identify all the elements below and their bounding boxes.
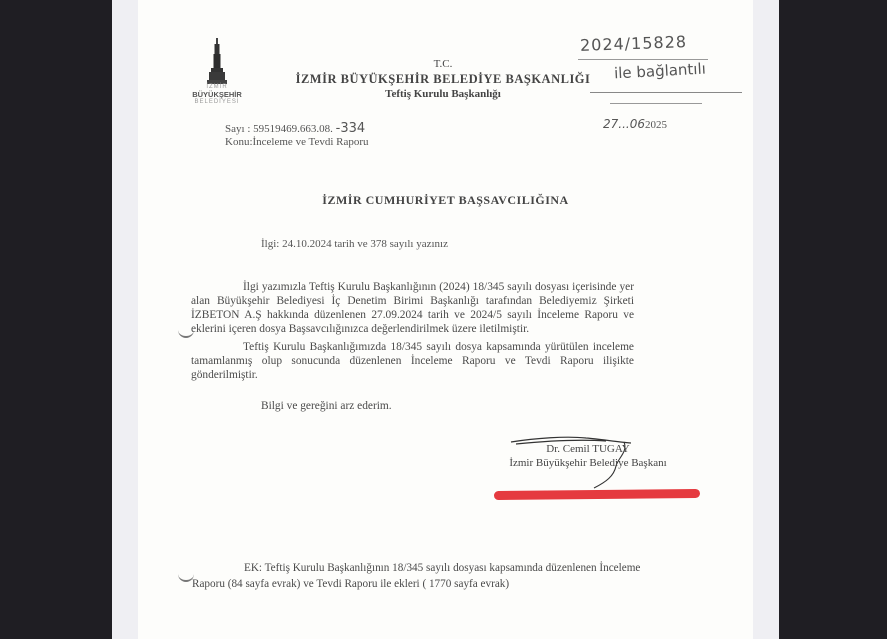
- red-highlight-mark: [494, 489, 700, 500]
- annex-content: EK: Teftiş Kurulu Başkanlığının 18/345 s…: [192, 562, 640, 590]
- sayi-line: Sayı : 59519469.663.08. -334: [225, 121, 365, 136]
- sayi-value: : 59519469.663.08.: [247, 123, 333, 135]
- konu-label: Konu: [225, 136, 249, 148]
- date-day-month: 27...06: [603, 117, 645, 131]
- annex-text: EK: Teftiş Kurulu Başkanlığının 18/345 s…: [192, 560, 672, 592]
- document-date: 27...062025: [603, 117, 667, 131]
- left-margin-strip: [112, 0, 138, 639]
- closing-line: Bilgi ve gereğini arz ederim.: [261, 400, 392, 412]
- punch-hole-mark: [178, 330, 194, 338]
- paragraph-2: Teftiş Kurulu Başkanlığımızda 18/345 say…: [191, 340, 634, 382]
- logo-text-buyuksehir: BÜYÜKŞEHİR: [182, 91, 252, 99]
- handwritten-note: ile bağlantılı: [614, 60, 707, 83]
- handwritten-line-2: [610, 103, 702, 104]
- signatory-title: İzmir Büyükşehir Belediye Başkanı: [508, 456, 668, 470]
- paragraph-1-text: İlgi yazımızla Teftiş Kurulu Başkanlığın…: [191, 281, 634, 335]
- header-department: Teftiş Kurulu Başkanlığı: [278, 88, 608, 100]
- clock-tower-icon: [207, 38, 227, 84]
- signatory-name: Dr. Cemil TUGAY: [508, 442, 668, 456]
- addressee: İZMİR CUMHURİYET BAŞSAVCILIĞINA: [138, 193, 753, 208]
- right-margin-strip: [753, 0, 779, 639]
- header-municipality: İZMİR BÜYÜKŞEHİR BELEDİYE BAŞKANLIĞI: [278, 72, 608, 87]
- konu-line: Konu:İnceleme ve Tevdi Raporu: [225, 136, 369, 148]
- konu-value: :İnceleme ve Tevdi Raporu: [249, 136, 368, 148]
- sayi-label: Sayı: [225, 123, 245, 135]
- handwritten-reference: 2024/15828: [580, 32, 688, 55]
- signature-block: Dr. Cemil TUGAY İzmir Büyükşehir Belediy…: [508, 442, 668, 470]
- handwritten-line-1: [590, 92, 742, 93]
- date-year: 2025: [645, 119, 667, 131]
- ilgi-line: İlgi: 24.10.2024 tarih ve 378 sayılı yaz…: [261, 238, 448, 250]
- municipality-logo: İZMİR BÜYÜKŞEHİR BELEDİYESİ: [182, 38, 252, 114]
- header-tc: T.C.: [278, 58, 608, 70]
- document-page: İZMİR BÜYÜKŞEHİR BELEDİYESİ T.C. İZMİR B…: [138, 0, 753, 639]
- logo-text-belediyesi: BELEDİYESİ: [182, 99, 252, 106]
- paragraph-2-text: Teftiş Kurulu Başkanlığımızda 18/345 say…: [191, 341, 634, 381]
- sayi-handwritten-suffix: -334: [336, 121, 366, 136]
- paragraph-1: İlgi yazımızla Teftiş Kurulu Başkanlığın…: [191, 280, 634, 336]
